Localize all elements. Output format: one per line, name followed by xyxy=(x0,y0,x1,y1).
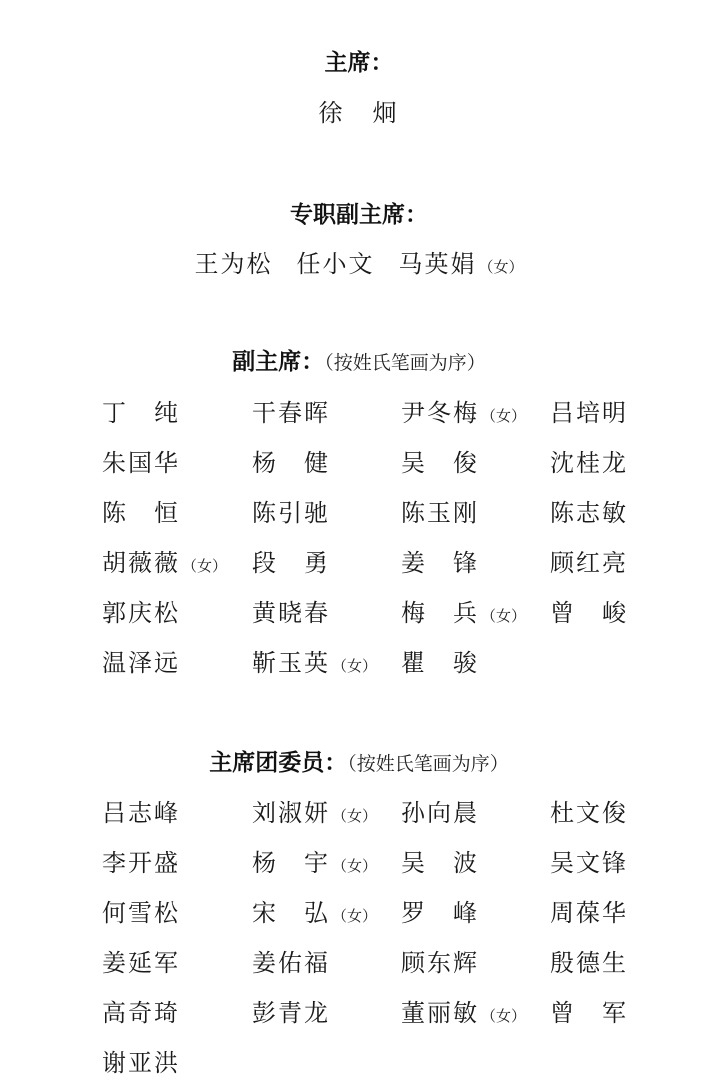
member-name: 瞿 骏 xyxy=(401,643,479,678)
member-name: 段 勇 xyxy=(252,543,330,578)
member-name: 姜延军 xyxy=(102,943,180,978)
member-name: 何雪松 xyxy=(102,893,180,928)
member-name: 谢亚洪 xyxy=(102,1043,180,1078)
member-name-text: 董丽敏 xyxy=(401,999,479,1027)
member-name-text: 朱国华 xyxy=(102,449,180,477)
member-name: 顾东辉 xyxy=(401,943,479,978)
member-name: 梅 兵（女） xyxy=(401,593,526,628)
member-name-text: 胡薇薇 xyxy=(102,549,180,577)
chairman-name: 徐 炯 xyxy=(0,93,718,128)
presidium-members-title: 主席团委员：（按姓氏笔画为序） xyxy=(0,744,718,777)
member-name: 董丽敏（女） xyxy=(401,993,526,1028)
female-marker: （女） xyxy=(182,557,227,575)
member-name: 郭庆松 xyxy=(102,593,180,628)
member-name: 马英娟（女） xyxy=(398,244,523,279)
presidium-members-order-note: （按姓氏笔画为序） xyxy=(347,753,509,775)
member-name: 陈志敏 xyxy=(550,493,628,528)
member-name-text: 尹冬梅 xyxy=(401,399,479,427)
female-marker: （女） xyxy=(332,657,377,675)
member-name: 吕培明 xyxy=(550,393,628,428)
member-name: 黄晓春 xyxy=(252,593,330,628)
member-name-text: 曾 军 xyxy=(550,999,628,1027)
full-time-vice-chairmen-list: 王为松任小文马英娟（女） xyxy=(0,244,718,279)
member-name-text: 顾红亮 xyxy=(550,549,628,577)
member-name-text: 黄晓春 xyxy=(252,599,330,627)
member-name: 杜文俊 xyxy=(550,793,628,828)
member-name-text: 吕志峰 xyxy=(102,799,180,827)
member-name-text: 马英娟 xyxy=(398,250,476,278)
member-name-text: 干春晖 xyxy=(252,399,330,427)
member-name: 任小文 xyxy=(296,244,374,279)
member-name: 姜佑福 xyxy=(252,943,330,978)
member-name-text: 姜佑福 xyxy=(252,949,330,977)
member-name-text: 陈引驰 xyxy=(252,499,330,527)
member-name: 曾 峻 xyxy=(550,593,628,628)
member-name: 姜 锋 xyxy=(401,543,479,578)
member-name: 温泽远 xyxy=(102,643,180,678)
member-name-text: 姜延军 xyxy=(102,949,180,977)
member-name: 丁 纯 xyxy=(102,393,180,428)
member-name: 吕志峰 xyxy=(102,793,180,828)
full-time-vice-chairmen-title: 专职副主席： xyxy=(0,196,718,229)
member-name-text: 陈志敏 xyxy=(550,499,628,527)
chairman-title: 主席： xyxy=(0,44,718,77)
member-name-text: 高奇琦 xyxy=(102,999,180,1027)
member-name-text: 郭庆松 xyxy=(102,599,180,627)
member-name: 曾 军 xyxy=(550,993,628,1028)
member-name: 王为松 xyxy=(194,244,272,279)
female-marker: （女） xyxy=(332,807,377,825)
member-name-text: 罗 峰 xyxy=(401,899,479,927)
female-marker: （女） xyxy=(481,607,526,625)
member-name-text: 陈 恒 xyxy=(102,499,180,527)
member-name: 李开盛 xyxy=(102,843,180,878)
member-name: 杨 健 xyxy=(252,443,330,478)
member-name-text: 周葆华 xyxy=(550,899,628,927)
member-name: 吴 波 xyxy=(401,843,479,878)
member-name: 顾红亮 xyxy=(550,543,628,578)
female-marker: （女） xyxy=(481,407,526,425)
member-name-text: 吴 波 xyxy=(401,849,479,877)
member-name: 沈桂龙 xyxy=(550,443,628,478)
member-name: 尹冬梅（女） xyxy=(401,393,526,428)
member-name-text: 彭青龙 xyxy=(252,999,330,1027)
member-name-text: 瞿 骏 xyxy=(401,649,479,677)
member-name-text: 吴文锋 xyxy=(550,849,628,877)
member-name-text: 孙向晨 xyxy=(401,799,479,827)
member-name: 朱国华 xyxy=(102,443,180,478)
vice-chairmen-title-label: 副主席： xyxy=(232,349,324,375)
member-name: 杨 宇（女） xyxy=(252,843,377,878)
member-name-text: 杨 宇 xyxy=(252,849,330,877)
member-name-text: 段 勇 xyxy=(252,549,330,577)
member-name: 陈引驰 xyxy=(252,493,330,528)
member-name: 靳玉英（女） xyxy=(252,643,377,678)
member-name-text: 吕培明 xyxy=(550,399,628,427)
member-name-text: 宋 弘 xyxy=(252,899,330,927)
member-name-text: 王为松 xyxy=(194,250,272,278)
member-name-text: 顾东辉 xyxy=(401,949,479,977)
member-name: 殷德生 xyxy=(550,943,628,978)
member-name-text: 殷德生 xyxy=(550,949,628,977)
member-name: 宋 弘（女） xyxy=(252,893,377,928)
member-name-text: 靳玉英 xyxy=(252,649,330,677)
member-name-text: 杜文俊 xyxy=(550,799,628,827)
member-name-text: 何雪松 xyxy=(102,899,180,927)
member-name-text: 丁 纯 xyxy=(102,399,180,427)
member-name: 刘淑妍（女） xyxy=(252,793,377,828)
member-name-text: 梅 兵 xyxy=(401,599,479,627)
member-name: 胡薇薇（女） xyxy=(102,543,227,578)
female-marker: （女） xyxy=(332,907,377,925)
member-name: 吴 俊 xyxy=(401,443,479,478)
vice-chairmen-title: 副主席：（按姓氏笔画为序） xyxy=(0,343,718,376)
member-name-text: 沈桂龙 xyxy=(550,449,628,477)
female-marker: （女） xyxy=(332,857,377,875)
female-marker: （女） xyxy=(478,258,523,276)
member-name: 彭青龙 xyxy=(252,993,330,1028)
member-name-text: 任小文 xyxy=(296,250,374,278)
member-name-text: 姜 锋 xyxy=(401,549,479,577)
female-marker: （女） xyxy=(481,1007,526,1025)
member-name-text: 温泽远 xyxy=(102,649,180,677)
vice-chairmen-order-note: （按姓氏笔画为序） xyxy=(324,352,486,374)
member-name: 陈玉刚 xyxy=(401,493,479,528)
member-name-text: 吴 俊 xyxy=(401,449,479,477)
member-name-text: 曾 峻 xyxy=(550,599,628,627)
member-name-text: 谢亚洪 xyxy=(102,1049,180,1077)
member-name: 干春晖 xyxy=(252,393,330,428)
member-name: 吴文锋 xyxy=(550,843,628,878)
member-name: 罗 峰 xyxy=(401,893,479,928)
member-name-text: 李开盛 xyxy=(102,849,180,877)
member-name-text: 陈玉刚 xyxy=(401,499,479,527)
member-name: 陈 恒 xyxy=(102,493,180,528)
presidium-members-title-label: 主席团委员： xyxy=(209,750,347,776)
member-name: 孙向晨 xyxy=(401,793,479,828)
member-name: 周葆华 xyxy=(550,893,628,928)
member-name-text: 刘淑妍 xyxy=(252,799,330,827)
member-name-text: 杨 健 xyxy=(252,449,330,477)
member-name: 高奇琦 xyxy=(102,993,180,1028)
